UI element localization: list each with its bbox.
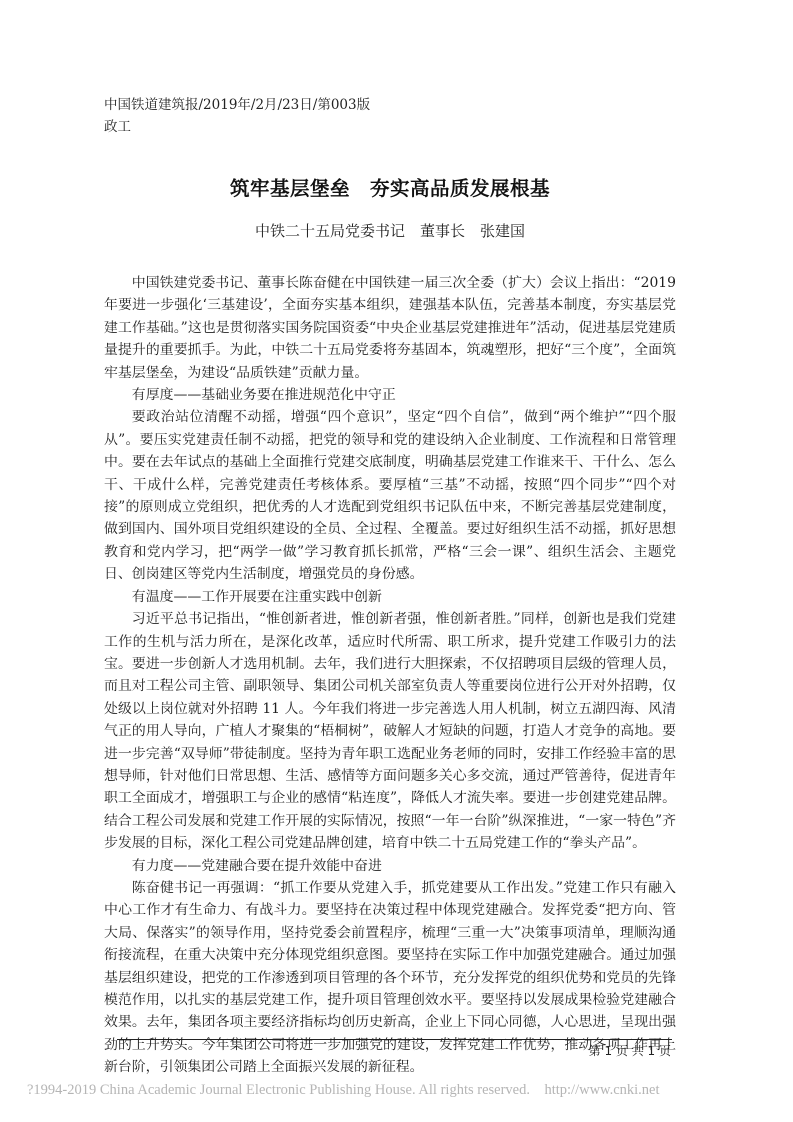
subheading-strength: 有力度——党建融合要在提升效能中奋进 — [104, 855, 676, 877]
source-line: 中国铁道建筑报/2019年/2月/23日/第003版 — [104, 94, 676, 116]
article-title: 筑牢基层堡垒 夯实高品质发展根基 — [104, 176, 676, 202]
subheading-thickness: 有厚度——基础业务要在推进规范化中守正 — [104, 384, 676, 406]
paragraph-warmth: 习近平总书记指出，“惟创新者进，惟创新者强，惟创新者胜。”同样，创新也是我们党建… — [104, 608, 676, 854]
copyright-notice: ?1994-2019 China Academic Journal Electr… — [27, 1080, 660, 1100]
article-body: 中国铁建党委书记、董事长陈奋健在中国铁建一届三次全委（扩大）会议上指出：“201… — [104, 272, 676, 1079]
paragraph-thickness: 要政治站位清醒不动摇，增强“四个意识”，坚定“四个自信”，做到“两个维护”“四个… — [104, 406, 676, 585]
section-label: 政工 — [104, 116, 676, 138]
subheading-warmth: 有温度——工作开展要在注重实践中创新 — [104, 586, 676, 608]
footer-divider — [117, 1039, 672, 1040]
author-line: 中铁二十五局党委书记 董事长 张建国 — [104, 220, 676, 242]
paragraph-intro: 中国铁建党委书记、董事长陈奋健在中国铁建一届三次全委（扩大）会议上指出：“201… — [104, 272, 676, 384]
page-number: 第 1 页 共 1 页 — [589, 1043, 671, 1059]
document-page: 中国铁道建筑报/2019年/2月/23日/第003版 政工 筑牢基层堡垒 夯实高… — [104, 94, 676, 1079]
